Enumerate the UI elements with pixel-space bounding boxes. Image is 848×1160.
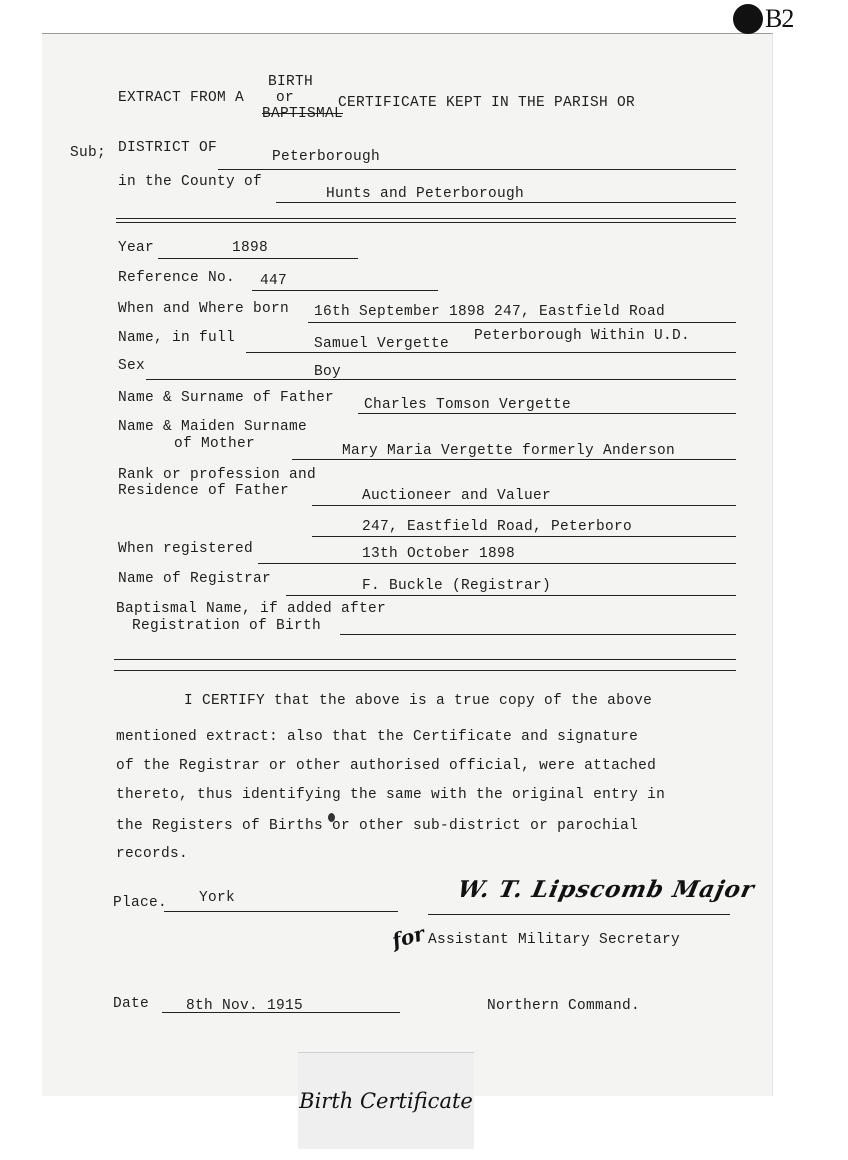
- header-suffix: CERTIFICATE KEPT IN THE PARISH OR: [338, 95, 635, 111]
- district-underline: [218, 169, 736, 170]
- residence-value: 247, Eastfield Road, Peterboro: [362, 519, 632, 535]
- signature: W. T. Lipscomb Major: [455, 876, 757, 903]
- baptismal-label-line2: Registration of Birth: [132, 618, 321, 634]
- command-name: Northern Command.: [487, 998, 640, 1014]
- name-value: Samuel Vergette: [314, 336, 449, 352]
- district-value: Peterborough: [272, 149, 380, 165]
- certification-line: I CERTIFY that the above is a true copy …: [184, 693, 652, 709]
- born-underline: [308, 322, 736, 323]
- baptismal-underline: [340, 634, 736, 635]
- certification-line: of the Registrar or other authorised off…: [116, 758, 656, 774]
- sex-underline: [146, 379, 736, 380]
- date-label: Date: [113, 996, 149, 1012]
- date-underline: [162, 1012, 400, 1013]
- place-underline: [164, 911, 398, 912]
- born-value-line1: 16th September 1898 247, Eastfield Road: [314, 304, 665, 320]
- ink-blot: [328, 813, 335, 822]
- born-value-line2: Peterborough Within U.D.: [474, 328, 690, 344]
- header-prefix: EXTRACT FROM A: [118, 90, 244, 106]
- occupation-underline: [312, 505, 736, 506]
- baptismal-label-line1: Baptismal Name, if added after: [116, 601, 386, 617]
- mother-value: Mary Maria Vergette formerly Anderson: [342, 443, 675, 459]
- caption-text: Birth Certificate: [299, 1089, 473, 1113]
- signatory-title: Assistant Military Secretary: [428, 932, 680, 948]
- certification-line: the Registers of Births or other sub-dis…: [116, 818, 638, 834]
- father-value: Charles Tomson Vergette: [364, 397, 571, 413]
- year-value: 1898: [232, 240, 268, 256]
- certification-line: mentioned extract: also that the Certifi…: [116, 729, 638, 745]
- header-option-baptismal-struck: BAPTISMAL: [262, 106, 343, 122]
- mother-label-line1: Name & Maiden Surname: [118, 419, 307, 435]
- father-underline: [358, 413, 736, 414]
- header-option-connector: or: [276, 90, 294, 106]
- registered-underline: [258, 563, 736, 564]
- county-label: in the County of: [118, 174, 262, 190]
- father-label: Name & Surname of Father: [118, 390, 334, 406]
- filled-circle-icon: [733, 4, 763, 34]
- county-value: Hunts and Peterborough: [326, 186, 524, 202]
- closing-rule-bottom: [114, 670, 736, 671]
- registrar-label: Name of Registrar: [118, 571, 271, 587]
- registered-value: 13th October 1898: [362, 546, 515, 562]
- sex-value: Boy: [314, 364, 341, 380]
- signature-underline: [428, 914, 730, 915]
- reference-underline: [252, 290, 438, 291]
- closing-rule-top: [114, 659, 736, 660]
- occupation-label-line1: Rank or profession and: [118, 467, 316, 483]
- mother-underline: [292, 459, 736, 460]
- name-underline: [246, 352, 736, 353]
- page-tag: B2: [733, 4, 793, 34]
- reference-label: Reference No.: [118, 270, 235, 286]
- section-rule-bottom: [116, 222, 736, 223]
- certification-line: thereto, thus identifying the same with …: [116, 787, 665, 803]
- section-rule-top: [116, 218, 736, 219]
- caption-card: Birth Certificate: [298, 1052, 474, 1149]
- sub-label: Sub;: [70, 145, 106, 161]
- certification-line: records.: [116, 846, 188, 862]
- registered-label: When registered: [118, 541, 253, 557]
- page-tag-label: B2: [765, 4, 793, 34]
- registrar-underline: [286, 595, 736, 596]
- residence-underline: [312, 536, 736, 537]
- year-underline: [158, 258, 358, 259]
- place-value: York: [199, 890, 235, 906]
- district-label: DISTRICT OF: [118, 140, 217, 156]
- name-label: Name, in full: [118, 330, 235, 346]
- place-label: Place.: [113, 895, 167, 911]
- header-option-birth: BIRTH: [268, 74, 313, 90]
- occupation-value: Auctioneer and Valuer: [362, 488, 551, 504]
- county-underline: [276, 202, 736, 203]
- registrar-value: F. Buckle (Registrar): [362, 578, 551, 594]
- occupation-label-line2: Residence of Father: [118, 483, 289, 499]
- born-label: When and Where born: [118, 301, 289, 317]
- sex-label: Sex: [118, 358, 145, 374]
- reference-value: 447: [260, 273, 287, 289]
- mother-label-line2: of Mother: [174, 436, 255, 452]
- year-label: Year: [118, 240, 154, 256]
